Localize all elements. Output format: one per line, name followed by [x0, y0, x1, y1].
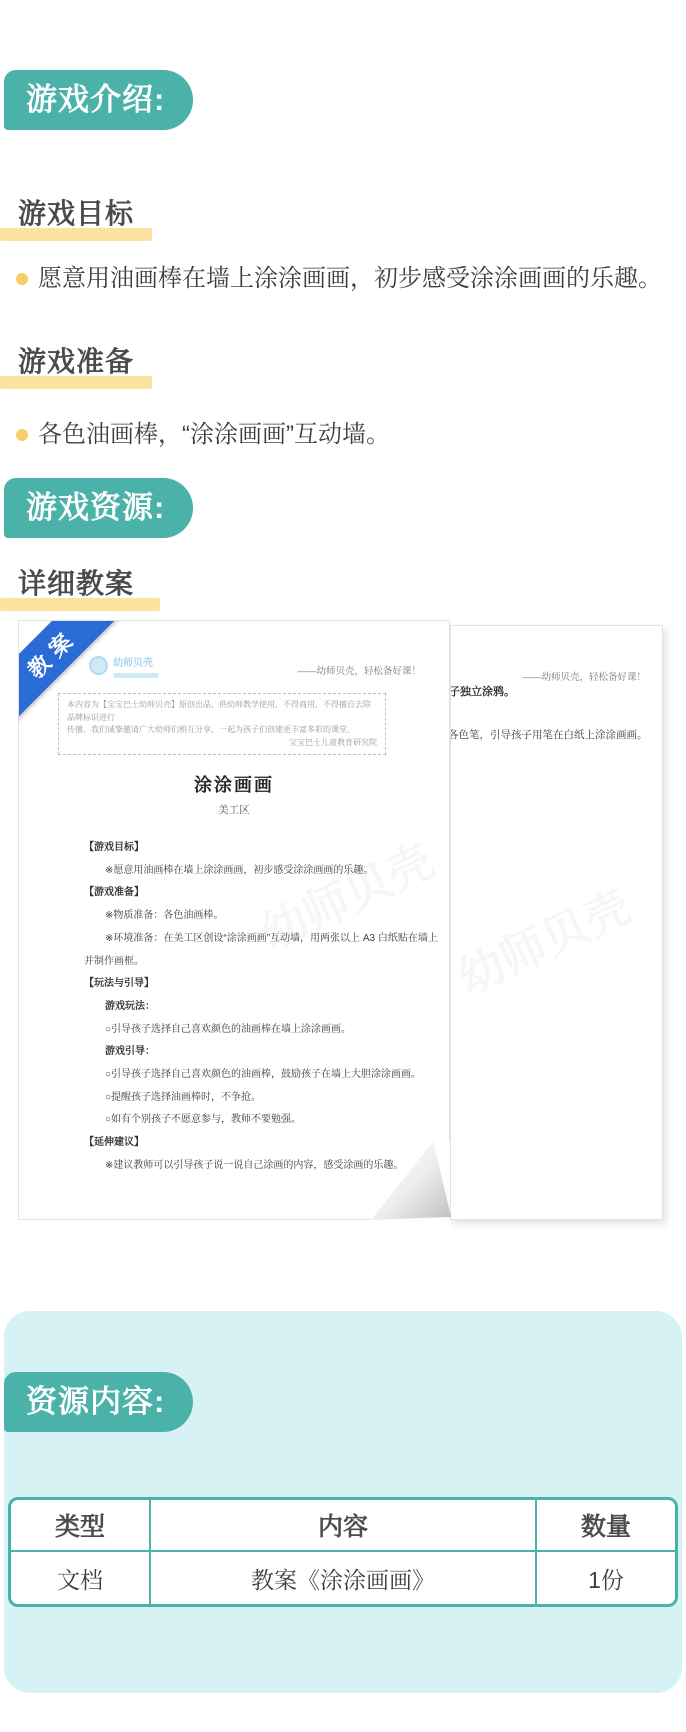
copyright-signature: 宝宝巴士儿童教育研究院 — [67, 737, 377, 750]
document-subtitle: 美工区 — [19, 802, 449, 817]
game-goal-text: 愿意用油画棒在墙上涂涂画画，初步感受涂涂画画的乐趣。 — [38, 262, 662, 296]
document-title: 涂涂画画 — [19, 771, 449, 797]
resource-table: 类型内容数量文档教案《涂涂画画》1份 — [8, 1497, 678, 1607]
resource-content-badge: 资源内容: — [4, 1372, 193, 1432]
bullet-dot-icon — [16, 429, 28, 441]
doc-line: 【延伸建议】 — [84, 1132, 444, 1155]
document-page-1: 教案 幼师贝壳 ——幼师贝壳，轻松备好课！ 本内容为【宝宝巴士幼师贝壳】原创出品… — [18, 620, 450, 1220]
game-intro-badge: 游戏介绍: — [4, 70, 193, 130]
doc-line: 并制作画框。 — [84, 951, 444, 974]
bullet-dot-icon — [16, 273, 28, 285]
brand-logo: 幼师贝壳 — [89, 653, 159, 678]
doc-line: ※物质准备：各色油画棒。 — [84, 905, 444, 928]
game-prep-item: 各色油画棒，“涂涂画画”互动墙。 — [16, 418, 676, 452]
doc-line: 子独立涂鸦。 — [450, 683, 515, 699]
lesson-plan-preview[interactable]: ——幼师贝壳，轻松备好课！ 子独立涂鸦。 各色笔，引导孩子用笔在白纸上涂涂画画。… — [18, 620, 663, 1220]
game-goal-item: 愿意用油画棒在墙上涂涂画画，初步感受涂涂画画的乐趣。 — [16, 262, 676, 296]
doc-line: 游戏引导： — [84, 1041, 444, 1064]
document-body: 【游戏目标】※愿意用油画棒在墙上涂涂画画，初步感受涂涂画画的乐趣。【游戏准备】※… — [84, 837, 444, 1178]
brand-slogan: ——幼师贝壳，轻松备好课！ — [522, 669, 646, 683]
brand-logo-icon — [89, 656, 108, 675]
doc-line: 【游戏准备】 — [84, 882, 444, 905]
doc-line: ※环境准备：在美工区创设“涂涂画画”互动墙，用两张以上 A3 白纸贴在墙上 — [84, 928, 444, 951]
table-header-cell: 数量 — [537, 1500, 675, 1552]
doc-line: 【玩法与引导】 — [84, 973, 444, 996]
watermark: 幼师贝壳 — [450, 870, 640, 1008]
doc-line: ○如有个别孩子不愿意参与，教师不要勉强。 — [84, 1109, 444, 1132]
game-prep-heading: 游戏准备 — [18, 340, 134, 380]
game-goal-heading: 游戏目标 — [18, 192, 134, 232]
game-prep-text: 各色油画棒，“涂涂画画”互动墙。 — [38, 418, 390, 452]
game-resources-badge: 游戏资源: — [4, 478, 193, 538]
table-header-cell: 内容 — [151, 1500, 537, 1552]
doc-line: ※愿意用油画棒在墙上涂涂画画，初步感受涂涂画画的乐趣。 — [84, 860, 444, 883]
copyright-line: 本内容为【宝宝巴士幼师贝壳】原创出品，供幼师教学使用，不得商用，不得擅自去除品牌… — [67, 699, 377, 724]
doc-line: ○提醒孩子选择油画棒时，不争抢。 — [84, 1087, 444, 1110]
yellow-highlight-bar — [0, 598, 160, 611]
yellow-highlight-bar — [0, 228, 152, 241]
table-header-cell: 类型 — [11, 1500, 151, 1552]
copyright-line: 传播。我们诚挚邀请广大幼师们相互分享，一起为孩子们创建更丰富多彩的课堂。 — [67, 724, 377, 737]
doc-line: ○引导孩子选择自己喜欢颜色的油画棒在墙上涂涂画画。 — [84, 1019, 444, 1042]
doc-line: ○引导孩子选择自己喜欢颜色的油画棒，鼓励孩子在墙上大胆涂涂画画。 — [84, 1064, 444, 1087]
doc-line: 各色笔，引导孩子用笔在白纸上涂涂画画。 — [450, 727, 648, 742]
lesson-plan-heading: 详细教案 — [18, 562, 134, 602]
table-cell: 1份 — [537, 1552, 675, 1604]
table-cell: 教案《涂涂画画》 — [151, 1552, 537, 1604]
doc-line: 【游戏目标】 — [84, 837, 444, 860]
document-page-2: ——幼师贝壳，轻松备好课！ 子独立涂鸦。 各色笔，引导孩子用笔在白纸上涂涂画画。… — [450, 625, 663, 1220]
yellow-highlight-bar — [0, 376, 152, 389]
doc-line: ※建议教师可以引导孩子说一说自己涂画的内容，感受涂画的乐趣。 — [84, 1155, 444, 1178]
brand-logo-text: 幼师贝壳 — [113, 658, 153, 669]
brand-slogan: ——幼师贝壳，轻松备好课！ — [297, 663, 421, 677]
brand-logo-subline — [113, 673, 159, 678]
page: { "colors": { "teal": "#4bb2aa", "yellow… — [0, 0, 686, 1732]
copyright-notice: 本内容为【宝宝巴士幼师贝壳】原创出品，供幼师教学使用，不得商用，不得擅自去除品牌… — [58, 693, 386, 755]
doc-line: 游戏玩法： — [84, 996, 444, 1019]
table-cell: 文档 — [11, 1552, 151, 1604]
